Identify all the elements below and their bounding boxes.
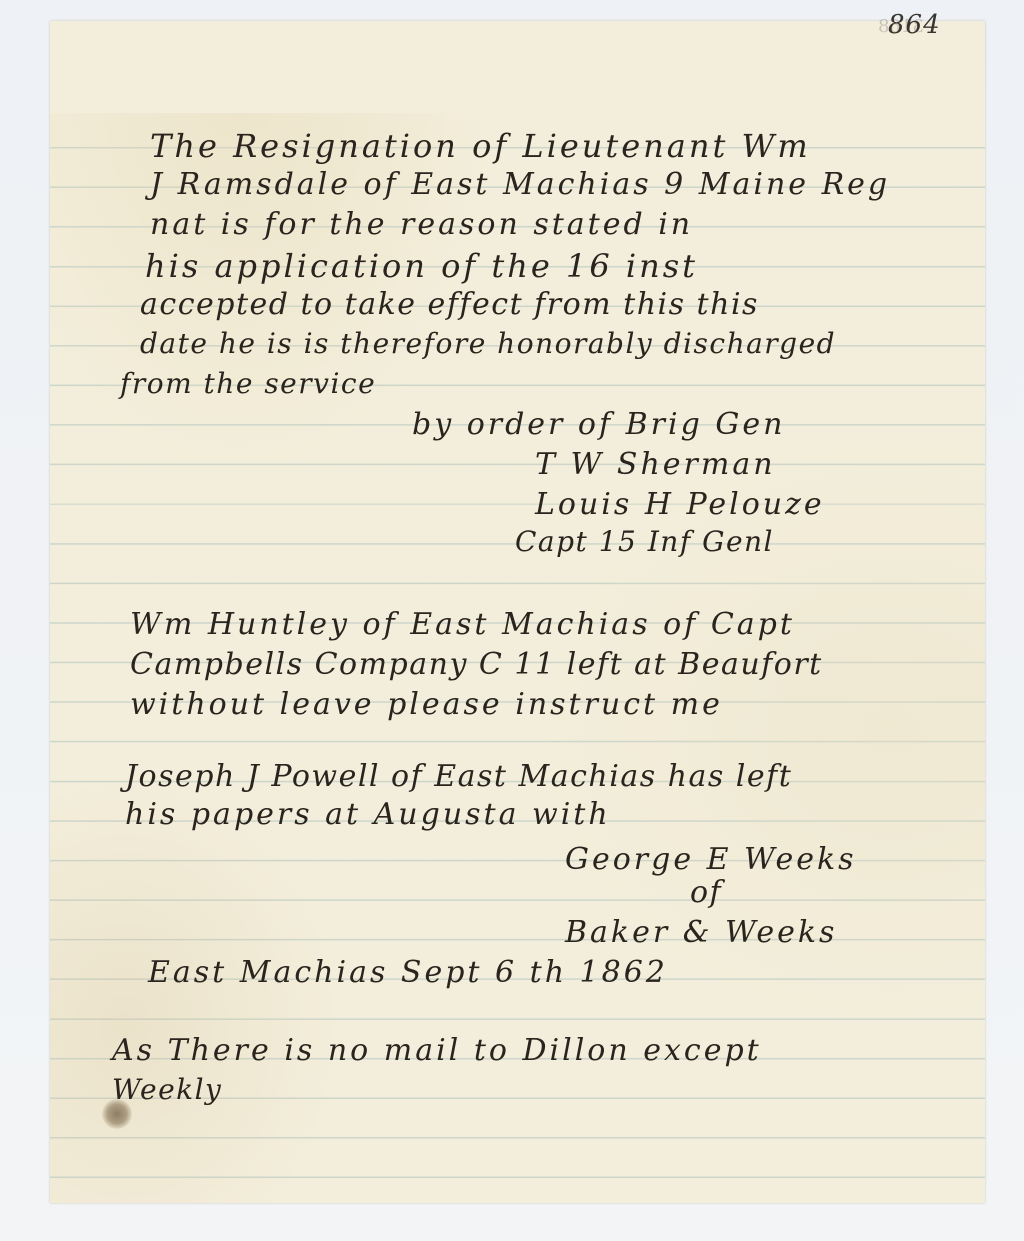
resignation-line-4: his application of the 16 inst <box>145 250 698 282</box>
unruled-header-band <box>50 21 985 113</box>
huntley-line-2: Campbells Company C 11 left at Beaufort <box>130 650 823 680</box>
order-signature-name: T W Sherman <box>535 450 776 480</box>
resignation-line-3: nat is for the reason stated in <box>150 210 693 240</box>
resignation-line-1: The Resignation of Lieutenant Wm <box>150 130 811 162</box>
huntley-line-1: Wm Huntley of East Machias of Capt <box>130 610 795 640</box>
resignation-line-7: from the service <box>120 370 376 398</box>
order-line: by order of Brig Gen <box>412 410 785 440</box>
postscript-line-1: As There is no mail to Dillon except <box>112 1036 762 1066</box>
sender-of: of <box>690 878 722 908</box>
order-signature-rank: Capt 15 Inf Genl <box>515 528 774 556</box>
folio-number: 864 <box>888 10 941 40</box>
resignation-line-2: J Ramsdale of East Machias 9 Maine Reg <box>150 170 890 200</box>
resignation-line-6: date he is is therefore honorably discha… <box>140 330 836 358</box>
powell-line-2: his papers at Augusta with <box>125 800 611 830</box>
place-date: East Machias Sept 6 th 1862 <box>148 958 668 988</box>
sender-firm: Baker & Weeks <box>565 918 837 948</box>
powell-line-1: Joseph J Powell of East Machias has left <box>125 762 792 792</box>
huntley-line-3: without leave please instruct me <box>130 690 723 720</box>
resignation-line-5: accepted to take effect from this this <box>140 290 759 320</box>
sender-name: George E Weeks <box>565 845 857 875</box>
postscript-line-2: Weekly <box>112 1076 222 1104</box>
order-signature-adjutant: Louis H Pelouze <box>535 490 825 520</box>
